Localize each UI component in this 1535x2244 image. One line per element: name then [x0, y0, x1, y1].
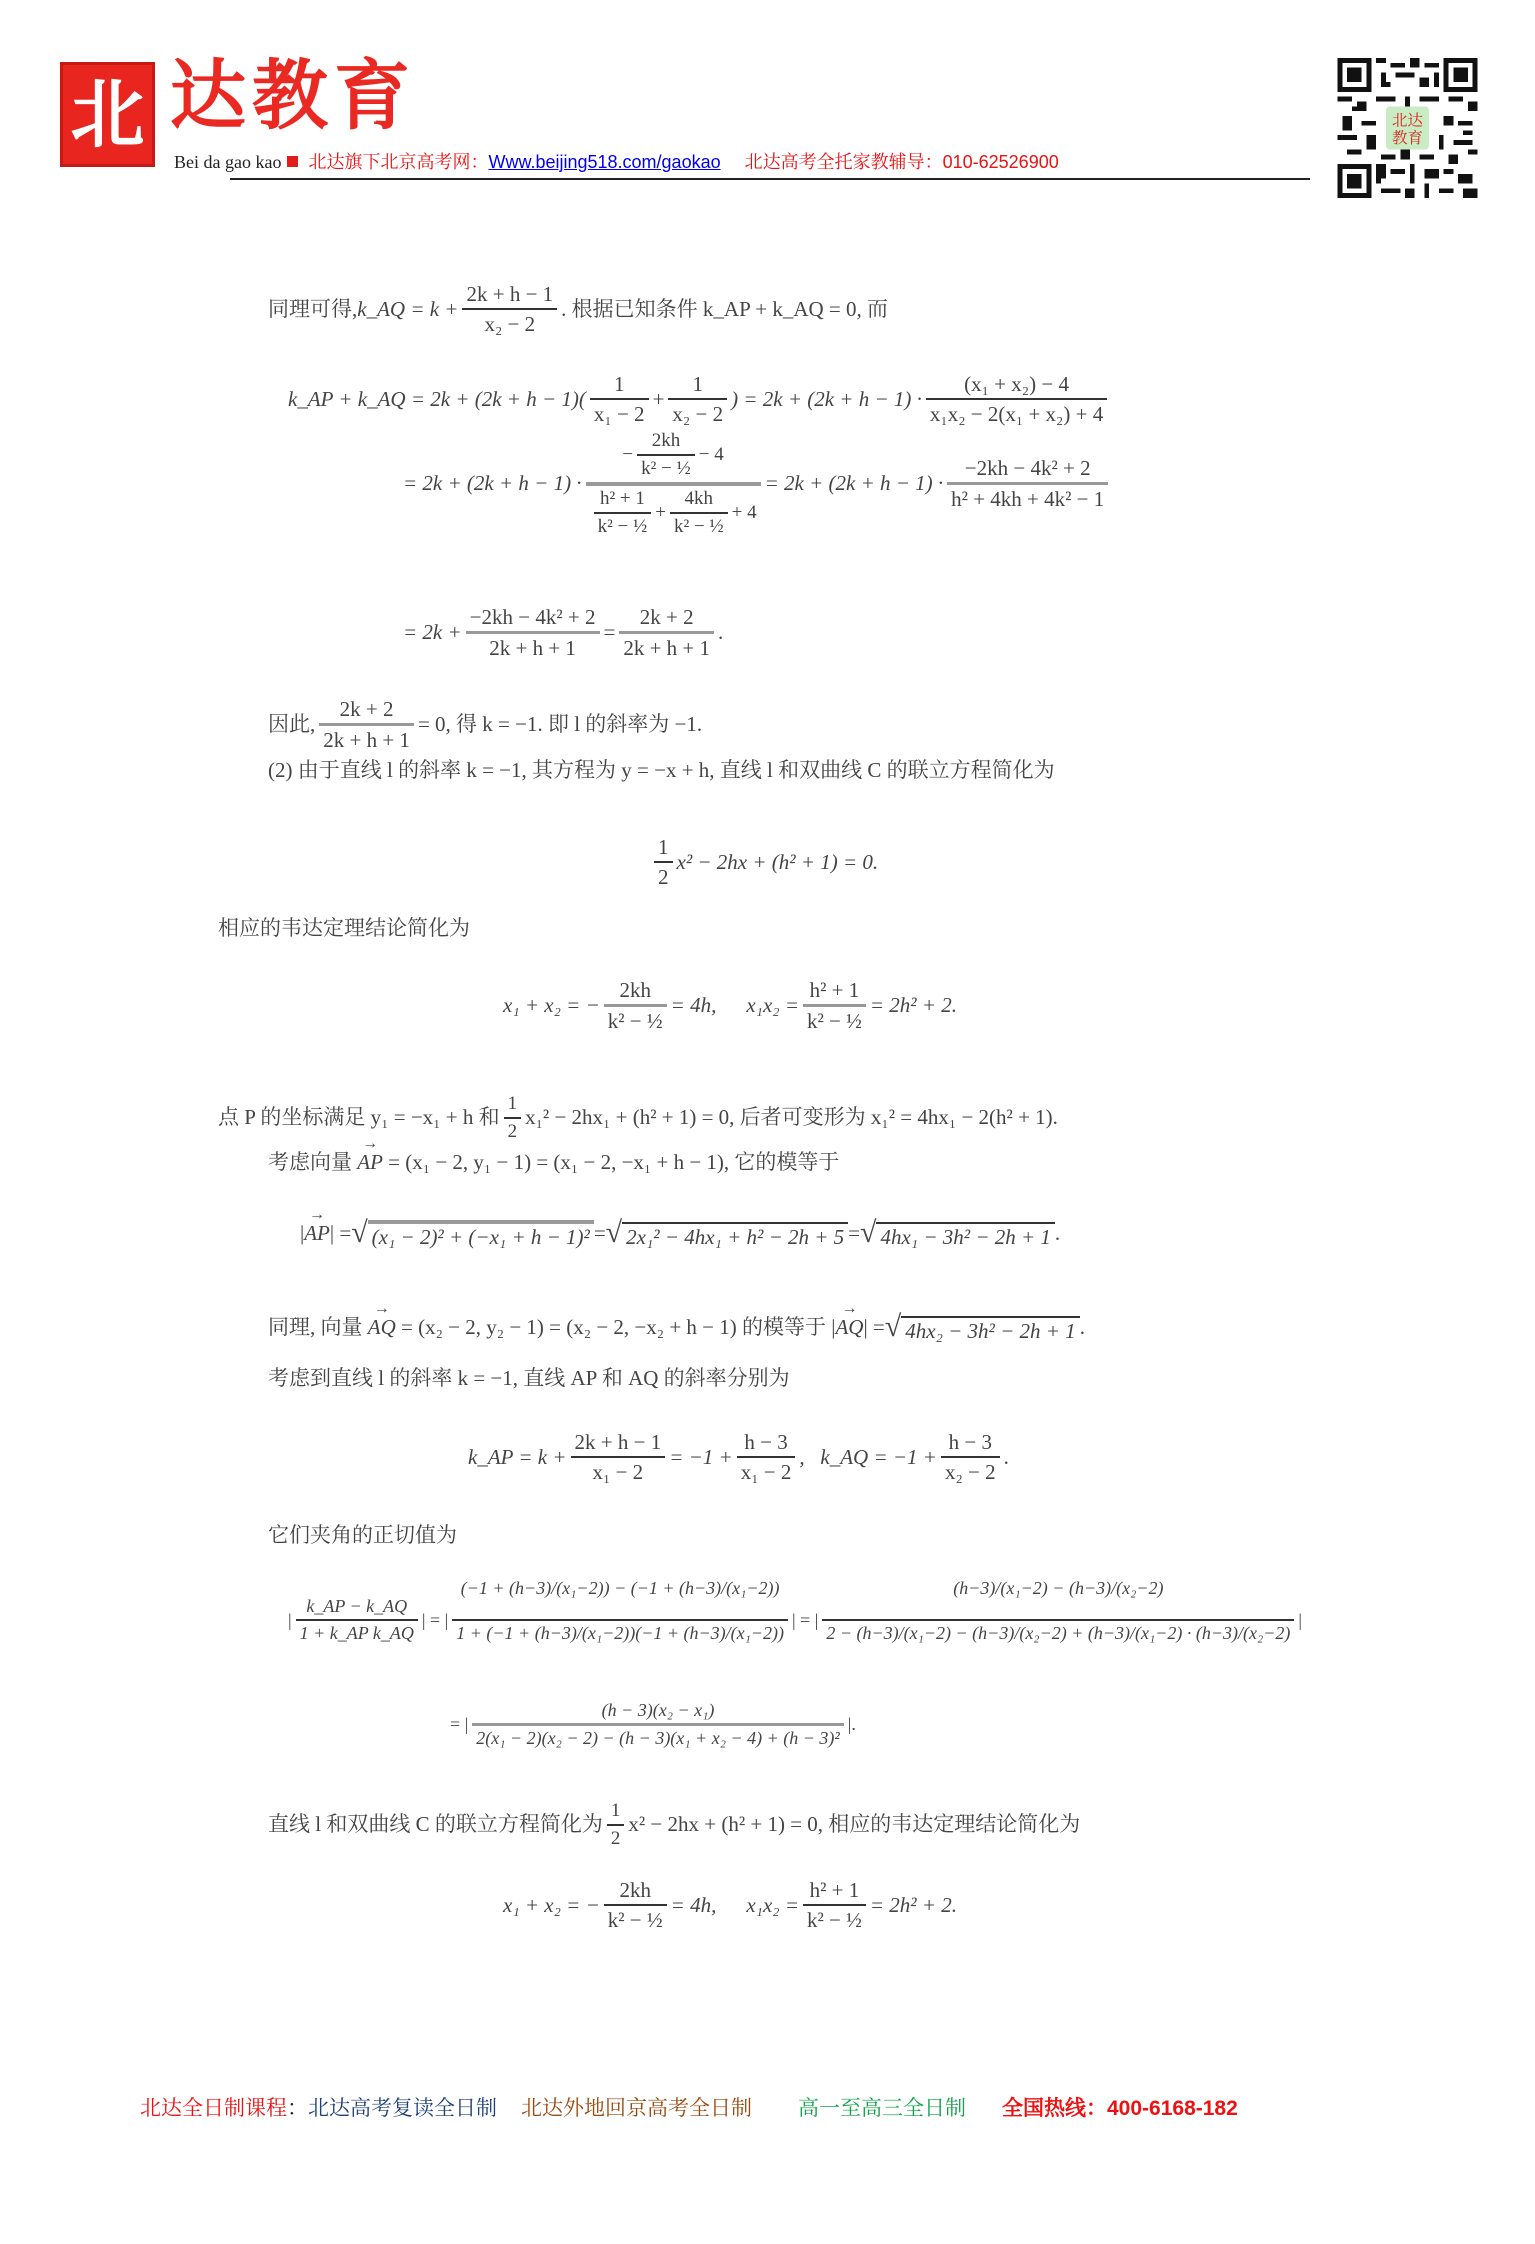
- equation-compound-fraction: = 2k + (2k + h − 1) · −2khk² − ½− 4 h² +…: [403, 430, 1112, 537]
- text-tan-intro: 它们夹角的正切值为: [268, 1525, 457, 1546]
- equation-vieta-repeat: x₁ + x₂ = − 2khk² − ½ = 4h, x₁x₂ = h² + …: [503, 1878, 957, 1932]
- footer-course-repeat: 北达高考复读全日制: [308, 2097, 497, 2120]
- square-bullet-icon: [287, 156, 298, 167]
- sqrt-2: √2x₁² − 4hx₁ + h² − 2h + 5: [606, 1218, 849, 1248]
- equation-simplified: = 2k + −2kh − 4k² + 22k + h + 1 = 2k + 2…: [403, 605, 723, 660]
- text-repeat-system: 直线 l 和双曲线 C 的联立方程简化为 12 x² − 2hx + (h² +…: [268, 1800, 1080, 1850]
- equation-tangent-final: = |(h − 3)(x₂ − x₁)2(x₁ − 2)(x₂ − 2) − (…: [450, 1700, 856, 1748]
- equation-vieta: x₁ + x₂ = − 2khk² − ½ = 4h, x₁x₂ = h² + …: [503, 978, 957, 1033]
- text-point-p: 点 P 的坐标满足 y₁ = −x₁ + h 和 12 x₁² − 2hx₁ +…: [218, 1093, 1058, 1143]
- text-part-2: (2) 由于直线 l 的斜率 k = −1, 其方程为 y = −x + h, …: [268, 760, 1055, 781]
- tutor-hotline: 北达高考全托家教辅导：010-62526900: [745, 152, 1059, 172]
- footer-course-outside: 北达外地回京高考全日制: [521, 2097, 752, 2120]
- brand-logo-text: 达教育: [170, 58, 416, 134]
- footer-courses: 北达全日制课程：北达高考复读全日制北达外地回京高考全日制高一至高三全日制全国热线…: [140, 2092, 1238, 2122]
- brand-subtitle: Bei da gao kao: [174, 152, 281, 172]
- text-slopes-intro: 考虑到直线 l 的斜率 k = −1, 直线 AP 和 AQ 的斜率分别为: [268, 1368, 790, 1389]
- footer-label: 北达全日制课程: [140, 2097, 287, 2120]
- svg-text:北达: 北达: [1392, 112, 1423, 130]
- qr-code-icon: 北达 教育: [1335, 58, 1480, 198]
- text-conclusion-slope: 因此, 2k + 22k + h + 1 = 0, 得 k = −1. 即 l …: [268, 697, 702, 752]
- equation-quadratic: 12 x² − 2hx + (h² + 1) = 0.: [650, 835, 878, 889]
- text-vieta-intro: 相应的韦达定理结论简化为: [218, 918, 470, 939]
- equation-norm-ap: |AP| = √(x₁ − 2)² + (−x₁ + h − 1)² = √2x…: [300, 1218, 1060, 1248]
- header-info-line: Bei da gao kao北达旗下北京高考网：Www.beijing518.c…: [174, 148, 1059, 174]
- vector-ap: AP: [357, 1152, 383, 1173]
- equation-tangent: |k_AP − k_AQ1 + k_AP k_AQ| = | (−1 + (h−…: [288, 1578, 1302, 1661]
- site-label: 北达旗下北京高考网：: [308, 152, 488, 172]
- footer-course-highschool: 高一至高三全日制: [798, 2097, 966, 2120]
- footer-hotline: 全国热线：400-6168-182: [1002, 2097, 1238, 2120]
- equation-slopes: k_AP = k + 2k + h − 1x₁ − 2 = −1 + h − 3…: [468, 1430, 1009, 1484]
- brand-logo-seal: 北: [60, 62, 155, 167]
- sqrt-1: √(x₁ − 2)² + (−x₁ + h − 1)²: [351, 1218, 594, 1248]
- sqrt-3: √4hx₁ − 3h² − 2h + 1: [860, 1218, 1055, 1248]
- site-link[interactable]: Www.beijing518.com/gaokao: [488, 152, 720, 172]
- svg-text:教育: 教育: [1392, 129, 1423, 147]
- equation-sum-slopes: k_AP + k_AQ = 2k + (2k + h − 1)( 1x₁ − 2…: [288, 372, 1111, 426]
- text-vector-ap: 考虑向量 AP = (x₁ − 2, y₁ − 1) = (x₁ − 2, −x…: [268, 1152, 839, 1173]
- text-vector-aq: 同理, 向量 AQ = (x₂ − 2, y₂ − 1) = (x₂ − 2, …: [268, 1312, 1085, 1342]
- header-divider: [230, 178, 1310, 180]
- text-kAQ: 同理可得, k_AQ = k + 2k + h − 1x₂ − 2 . 根据已知…: [268, 282, 888, 336]
